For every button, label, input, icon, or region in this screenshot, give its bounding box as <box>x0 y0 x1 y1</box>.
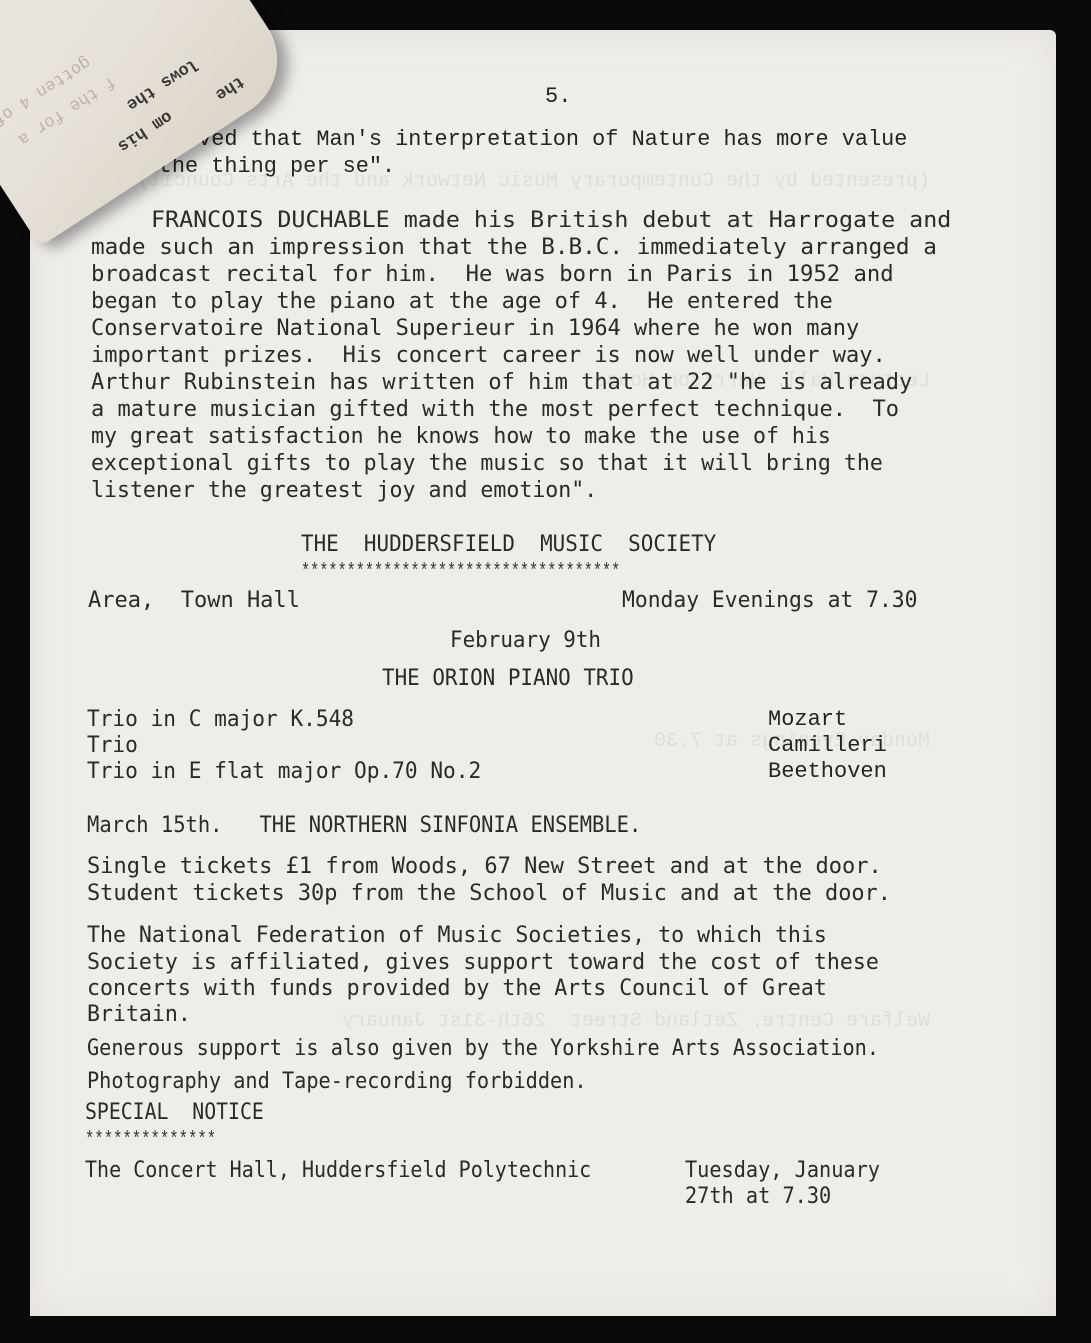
programme-composer: Beethoven <box>768 759 887 785</box>
bio-line: exceptional gifts to play the music so t… <box>91 451 883 477</box>
special-notice-underline: ************** <box>85 1128 216 1154</box>
federation-line: The National Federation of Music Societi… <box>87 923 827 949</box>
federation-line: Society is affiliated, gives support tow… <box>87 950 879 976</box>
bio-line: FRANCOIS DUCHABLE made his British debut… <box>151 208 951 234</box>
special-notice-date: Tuesday, January <box>685 1158 880 1184</box>
ticket-info: Student tickets 30p from the School of M… <box>87 881 891 907</box>
bio-line: began to play the piano at the age of 4.… <box>91 289 833 315</box>
bio-line: a mature musician gifted with the most p… <box>91 397 899 423</box>
page-number: 5. <box>545 84 571 110</box>
federation-line: Britain. <box>87 1002 191 1028</box>
recording-notice: Photography and Tape-recording forbidden… <box>87 1069 587 1095</box>
curl-text: the <box>211 71 247 104</box>
federation-line: concerts with funds provided by the Arts… <box>87 976 827 1002</box>
society-title: THE HUDDERSFIELD MUSIC SOCIETY <box>301 532 716 558</box>
concert-performer: THE ORION PIANO TRIO <box>382 666 634 692</box>
bio-line: important prizes. His concert career is … <box>91 343 886 369</box>
programme-work: Trio <box>87 733 138 759</box>
document-page: (presented by the Contemporary Music Net… <box>30 30 1056 1316</box>
bio-line: broadcast recital for him. He was born i… <box>91 262 894 288</box>
bleed-through-text: Welfare Centre, Zetland Street 26th-31st… <box>342 1010 930 1033</box>
programme-work: Trio in C major K.548 <box>87 707 354 733</box>
curl-text: om his <box>114 106 176 155</box>
programme-composer: Mozart <box>768 707 847 733</box>
bio-line: listener the greatest joy and emotion". <box>91 478 597 504</box>
bio-line: Conservatoire National Superieur in 1964… <box>91 316 859 342</box>
society-title-underline: *********************************** <box>301 560 620 586</box>
next-concert: March 15th. THE NORTHERN SINFONIA ENSEMB… <box>87 813 641 839</box>
bio-line: Arthur Rubinstein has written of him tha… <box>91 370 912 396</box>
curl-text: lows the <box>122 53 201 113</box>
special-notice-venue: The Concert Hall, Huddersfield Polytechn… <box>85 1158 591 1184</box>
special-notice-date: 27th at 7.30 <box>685 1184 831 1210</box>
programme-work: Trio in E flat major Op.70 No.2 <box>87 759 481 785</box>
society-schedule: Monday Evenings at 7.30 <box>622 588 918 614</box>
concert-date: February 9th <box>450 628 601 654</box>
programme-composer: Camilleri <box>768 733 887 759</box>
ticket-info: Single tickets £1 from Woods, 67 New Str… <box>87 854 882 880</box>
special-notice-title: SPECIAL NOTICE <box>85 1100 264 1126</box>
yorkshire-support: Generous support is also given by the Yo… <box>87 1036 879 1062</box>
bio-line: my great satisfaction he knows how to ma… <box>91 424 831 450</box>
bio-line: made such an impression that the B.B.C. … <box>91 235 937 261</box>
society-venue: Area, Town Hall <box>88 588 300 614</box>
